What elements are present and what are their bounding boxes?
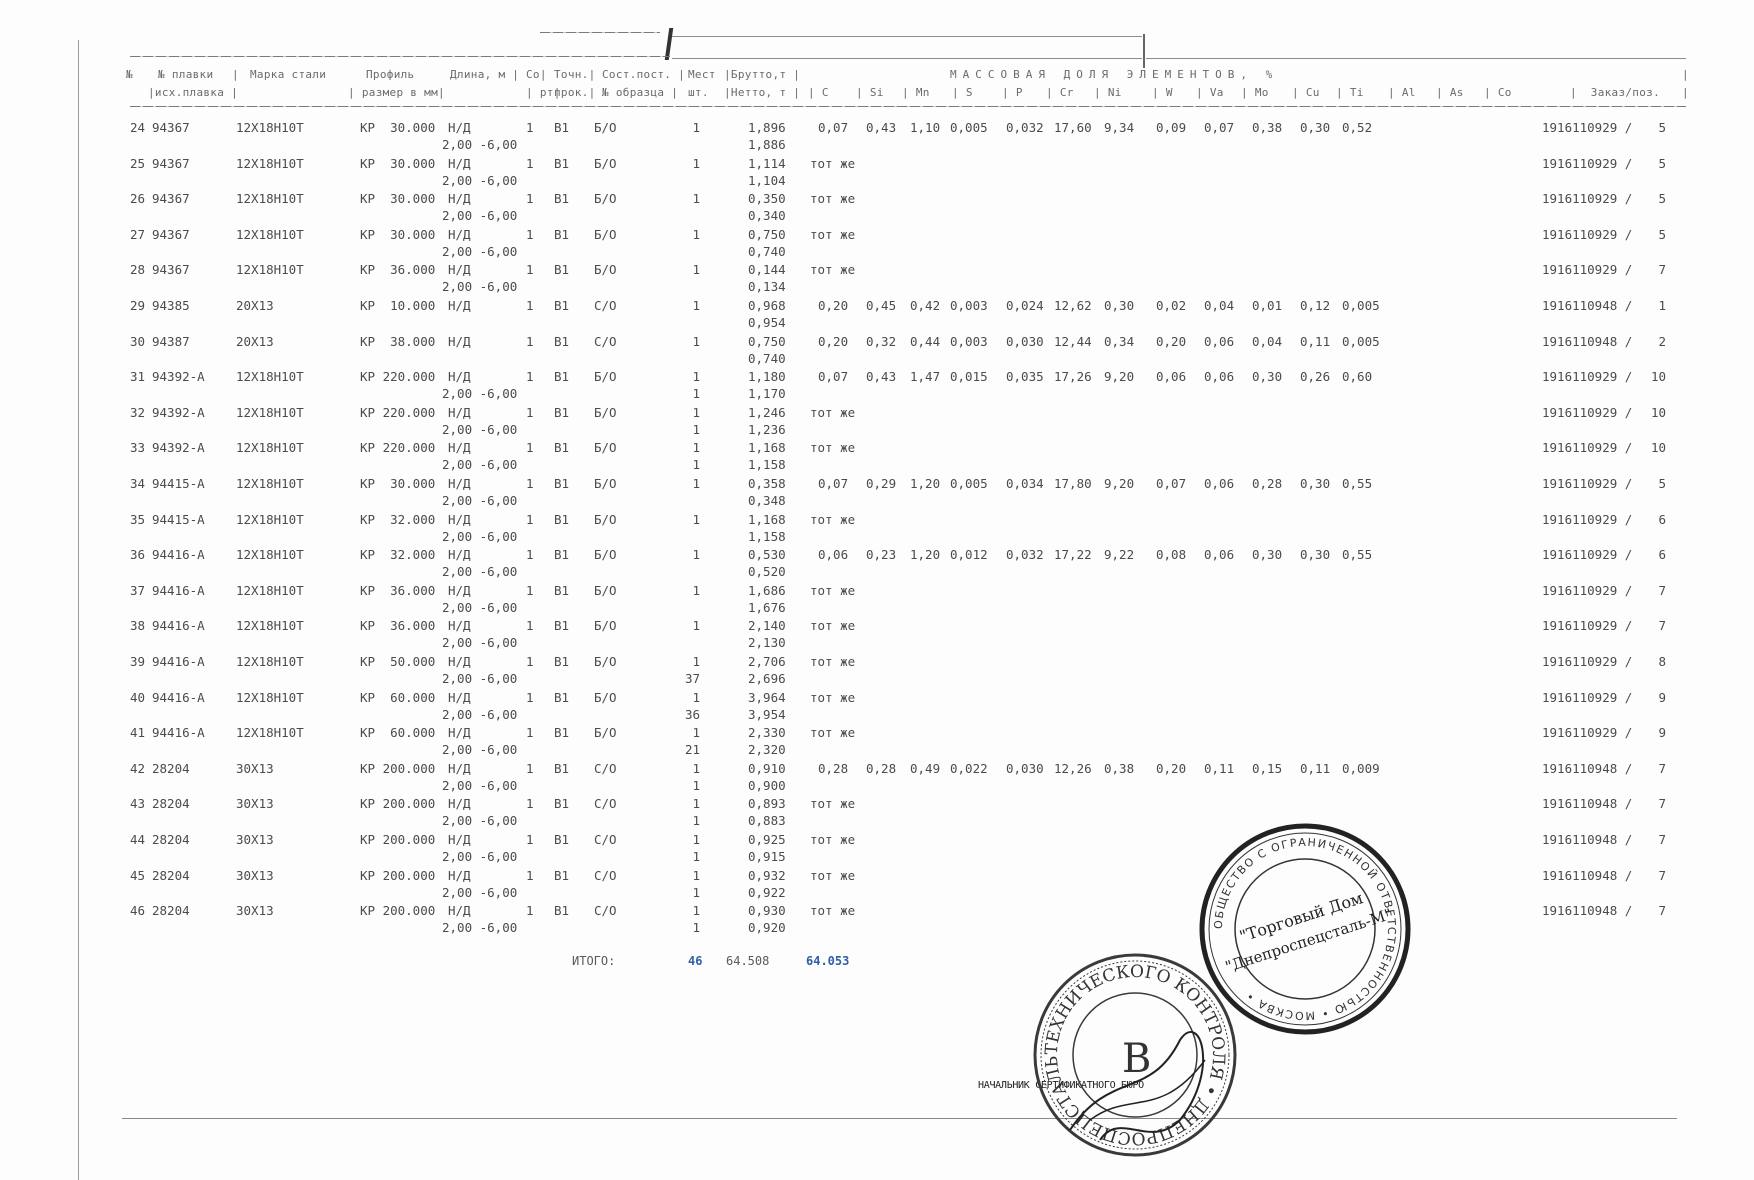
sort: 1 — [526, 690, 534, 705]
profile-size: КР 30.000 — [360, 476, 435, 491]
row-number: 24 — [130, 120, 145, 135]
rolling-precision: В1 — [554, 440, 569, 455]
delivery-state: Б/О — [594, 440, 617, 455]
chem-value: 0,012 — [950, 547, 988, 562]
net-weight: 2,696 — [748, 671, 786, 686]
order-number: 1916110929 / — [1542, 512, 1632, 527]
length-range: 2,00 -6,00 — [442, 386, 517, 401]
chem-value: 0,003 — [950, 298, 988, 313]
chem-value: 1,20 — [910, 547, 940, 562]
gross-weight: 0,910 — [748, 761, 786, 776]
heat-number: 94385 — [152, 298, 190, 313]
chem-value: 0,32 — [866, 334, 896, 349]
header-sample: № образца | — [602, 86, 678, 99]
chem-value: 0,015 — [950, 369, 988, 384]
sort: 1 — [526, 156, 534, 171]
profile-size: КР 60.000 — [360, 725, 435, 740]
row-number: 44 — [130, 832, 145, 847]
chem-value: 0,28 — [818, 761, 848, 776]
places: 1 — [680, 761, 700, 776]
gross-weight: 1,686 — [748, 583, 786, 598]
header-profile: Профиль — [366, 68, 414, 81]
chem-value: 0,30 — [1252, 369, 1282, 384]
row-number: 27 — [130, 227, 145, 242]
gross-weight: 1,168 — [748, 440, 786, 455]
places-2: 37 — [680, 671, 700, 686]
length-range: 2,00 -6,00 — [442, 422, 517, 437]
row-number: 39 — [130, 654, 145, 669]
header-element-ni: | Ni — [1094, 86, 1122, 99]
chem-value: 0,43 — [866, 369, 896, 384]
header-precision-2: прок.| — [554, 86, 596, 99]
rolling-precision: В1 — [554, 369, 569, 384]
net-weight: 0,883 — [748, 813, 786, 828]
chem-value: 0,49 — [910, 761, 940, 776]
sort: 1 — [526, 761, 534, 776]
order-position: 7 — [1640, 583, 1666, 598]
order-number: 1916110948 / — [1542, 298, 1632, 313]
heat-number: 94415-А — [152, 476, 205, 491]
row-number: 34 — [130, 476, 145, 491]
same-as-above: тот же — [810, 512, 855, 527]
delivery-state: Б/О — [594, 725, 617, 740]
order-number: 1916110948 / — [1542, 796, 1632, 811]
chem-value: 0,28 — [866, 761, 896, 776]
places-2: 1 — [680, 778, 700, 793]
order-number: 1916110929 / — [1542, 690, 1632, 705]
sort: 1 — [526, 369, 534, 384]
chem-value: 12,44 — [1054, 334, 1092, 349]
gross-weight: 0,930 — [748, 903, 786, 918]
rolling-precision: В1 — [554, 191, 569, 206]
gross-weight: 2,706 — [748, 654, 786, 669]
chem-value: 0,003 — [950, 334, 988, 349]
gross-weight: 1,168 — [748, 512, 786, 527]
rolling-precision: В1 — [554, 298, 569, 313]
length-range: 2,00 -6,00 — [442, 813, 517, 828]
profile-size: КР 36.000 — [360, 618, 435, 633]
order-position: 7 — [1640, 262, 1666, 277]
chem-value: 0,34 — [1104, 334, 1134, 349]
places: 1 — [680, 547, 700, 562]
gross-weight: 0,925 — [748, 832, 786, 847]
same-as-above: тот же — [810, 832, 855, 847]
heat-number: 94415-А — [152, 512, 205, 527]
chem-value: 0,11 — [1300, 761, 1330, 776]
chem-value: 0,07 — [818, 120, 848, 135]
chem-value: 0,55 — [1342, 547, 1372, 562]
places: 1 — [680, 832, 700, 847]
order-position: 5 — [1640, 476, 1666, 491]
chem-value: 0,30 — [1300, 547, 1330, 562]
chem-value: 0,38 — [1104, 761, 1134, 776]
heat-number: 28204 — [152, 832, 190, 847]
length: Н/Д — [448, 654, 471, 669]
order-number: 1916110929 / — [1542, 369, 1632, 384]
row-number: 28 — [130, 262, 145, 277]
length: Н/Д — [448, 761, 471, 776]
row-number: 26 — [130, 191, 145, 206]
chem-value: 0,07 — [1156, 476, 1186, 491]
gross-weight: 2,330 — [748, 725, 786, 740]
sort: 1 — [526, 725, 534, 740]
rolling-precision: В1 — [554, 547, 569, 562]
order-number: 1916110929 / — [1542, 156, 1632, 171]
order-number: 1916110948 / — [1542, 761, 1632, 776]
steel-grade: 12Х18Н10Т — [236, 440, 304, 455]
chem-value: 0,20 — [1156, 334, 1186, 349]
net-weight: 1,886 — [748, 137, 786, 152]
delivery-state: С/О — [594, 903, 617, 918]
steel-grade: 12Х18Н10Т — [236, 156, 304, 171]
chem-value: 0,30 — [1300, 476, 1330, 491]
net-weight: 0,920 — [748, 920, 786, 935]
delivery-state: С/О — [594, 868, 617, 883]
header-order: | Заказ/поз. — [1570, 86, 1660, 99]
same-as-above: тот же — [810, 618, 855, 633]
footer-rule — [122, 1118, 1677, 1119]
same-as-above: тот же — [810, 440, 855, 455]
delivery-state: Б/О — [594, 262, 617, 277]
places: 1 — [680, 440, 700, 455]
steel-grade: 12Х18Н10Т — [236, 512, 304, 527]
length-range: 2,00 -6,00 — [442, 137, 517, 152]
sort: 1 — [526, 618, 534, 633]
chem-value: 0,30 — [1104, 298, 1134, 313]
order-position: 7 — [1640, 903, 1666, 918]
order-position: 10 — [1640, 440, 1666, 455]
length: Н/Д — [448, 440, 471, 455]
chem-value: 0,06 — [818, 547, 848, 562]
delivery-state: Б/О — [594, 405, 617, 420]
chem-value: 0,30 — [1300, 120, 1330, 135]
length: Н/Д — [448, 512, 471, 527]
sort: 1 — [526, 832, 534, 847]
profile-size: КР 200.000 — [360, 761, 435, 776]
chem-value: 0,01 — [1252, 298, 1282, 313]
row-number: 43 — [130, 796, 145, 811]
sort: 1 — [526, 191, 534, 206]
chem-value: 0,009 — [1342, 761, 1380, 776]
heat-number: 28204 — [152, 868, 190, 883]
chem-value: 0,07 — [818, 369, 848, 384]
header-rule — [672, 36, 1142, 37]
steel-grade: 12Х18Н10Т — [236, 583, 304, 598]
gross-weight: 0,750 — [748, 334, 786, 349]
places: 1 — [680, 868, 700, 883]
order-number: 1916110929 / — [1542, 227, 1632, 242]
order-position: 7 — [1640, 868, 1666, 883]
order-number: 1916110929 / — [1542, 191, 1632, 206]
chem-value: 0,60 — [1342, 369, 1372, 384]
header-net: |Нетто, т | — [724, 86, 800, 99]
chem-value: 0,034 — [1006, 476, 1044, 491]
chem-value: 9,20 — [1104, 369, 1134, 384]
gross-weight: 2,140 — [748, 618, 786, 633]
chem-value: 12,62 — [1054, 298, 1092, 313]
chem-value: 0,07 — [818, 476, 848, 491]
order-position: 7 — [1640, 832, 1666, 847]
order-number: 1916110929 / — [1542, 725, 1632, 740]
steel-grade: 12Х18Н10Т — [236, 618, 304, 633]
chem-value: 0,005 — [950, 476, 988, 491]
chem-value: 0,45 — [866, 298, 896, 313]
places-2: 1 — [680, 422, 700, 437]
same-as-above: тот же — [810, 227, 855, 242]
length-range: 2,00 -6,00 — [442, 173, 517, 188]
length: Н/Д — [448, 298, 471, 313]
chem-value: 0,20 — [818, 298, 848, 313]
rolling-precision: В1 — [554, 476, 569, 491]
places: 1 — [680, 405, 700, 420]
gross-weight: 1,114 — [748, 156, 786, 171]
length-range: 2,00 -6,00 — [442, 208, 517, 223]
length: Н/Д — [448, 690, 471, 705]
places-2: 1 — [680, 885, 700, 900]
totals-places: 46 — [688, 954, 702, 968]
header-element-w: | W — [1152, 86, 1173, 99]
chem-value: 0,20 — [1156, 761, 1186, 776]
heat-number: 94392-А — [152, 405, 205, 420]
sort: 1 — [526, 334, 534, 349]
sort: 1 — [526, 903, 534, 918]
steel-grade: 12Х18Н10Т — [236, 405, 304, 420]
steel-grade: 30Х13 — [236, 761, 274, 776]
heat-number: 94416-А — [152, 547, 205, 562]
order-position: 7 — [1640, 618, 1666, 633]
chem-value: 0,06 — [1204, 369, 1234, 384]
gross-weight: 0,932 — [748, 868, 786, 883]
chem-value: 1,10 — [910, 120, 940, 135]
profile-size: КР 36.000 — [360, 583, 435, 598]
steel-grade: 12Х18Н10Т — [236, 690, 304, 705]
places: 1 — [680, 120, 700, 135]
order-number: 1916110929 / — [1542, 405, 1632, 420]
chem-value: 0,29 — [866, 476, 896, 491]
svg-text:В: В — [1122, 1036, 1151, 1082]
rolling-precision: В1 — [554, 725, 569, 740]
net-weight: 3,954 — [748, 707, 786, 722]
length-range: 2,00 -6,00 — [442, 707, 517, 722]
steel-grade: 30Х13 — [236, 868, 274, 883]
length: Н/Д — [448, 156, 471, 171]
rolling-precision: В1 — [554, 654, 569, 669]
length: Н/Д — [448, 903, 471, 918]
heat-number: 94367 — [152, 227, 190, 242]
chem-value: 0,08 — [1156, 547, 1186, 562]
rolling-precision: В1 — [554, 690, 569, 705]
length: Н/Д — [448, 369, 471, 384]
profile-size: КР 200.000 — [360, 903, 435, 918]
profile-size: КР 200.000 — [360, 868, 435, 883]
rolling-precision: В1 — [554, 405, 569, 420]
places: 1 — [680, 903, 700, 918]
length-range: 2,00 -6,00 — [442, 279, 517, 294]
chem-value: 17,80 — [1054, 476, 1092, 491]
order-number: 1916110929 / — [1542, 262, 1632, 277]
length: Н/Д — [448, 120, 471, 135]
delivery-state: Б/О — [594, 156, 617, 171]
profile-size: КР 60.000 — [360, 690, 435, 705]
length-range: 2,00 -6,00 — [442, 920, 517, 935]
totals-label: ИТОГО: — [572, 954, 615, 968]
header-precision: Точн.| — [554, 68, 596, 81]
profile-size: КР 32.000 — [360, 512, 435, 527]
places: 1 — [680, 796, 700, 811]
places: 1 — [680, 369, 700, 384]
header-element-as: | As — [1436, 86, 1464, 99]
same-as-above: тот же — [810, 796, 855, 811]
order-number: 1916110929 / — [1542, 618, 1632, 633]
chem-value: 0,02 — [1156, 298, 1186, 313]
profile-size: КР 32.000 — [360, 547, 435, 562]
places-2: 1 — [680, 849, 700, 864]
places: 1 — [680, 298, 700, 313]
rolling-precision: В1 — [554, 761, 569, 776]
order-number: 1916110929 / — [1542, 440, 1632, 455]
rolling-precision: В1 — [554, 512, 569, 527]
row-number: 45 — [130, 868, 145, 883]
heat-number: 94392-А — [152, 440, 205, 455]
net-weight: 0,340 — [748, 208, 786, 223]
net-weight: 0,134 — [748, 279, 786, 294]
length-range: 2,00 -6,00 — [442, 742, 517, 757]
heat-number: 94367 — [152, 156, 190, 171]
chem-value: 0,04 — [1204, 298, 1234, 313]
steel-grade: 12Х18Н10Т — [236, 191, 304, 206]
same-as-above: тот же — [810, 156, 855, 171]
heat-number: 94416-А — [152, 725, 205, 740]
same-as-above: тот же — [810, 654, 855, 669]
chem-value: 0,030 — [1006, 761, 1044, 776]
gross-weight: 0,358 — [748, 476, 786, 491]
order-position: 6 — [1640, 547, 1666, 562]
steel-grade: 12Х18Н10Т — [236, 369, 304, 384]
row-number: 41 — [130, 725, 145, 740]
length-range: 2,00 -6,00 — [442, 529, 517, 544]
places: 1 — [680, 725, 700, 740]
header-places: Мест — [688, 68, 716, 81]
places: 1 — [680, 618, 700, 633]
header-element-mn: | Mn — [902, 86, 930, 99]
rolling-precision: В1 — [554, 156, 569, 171]
sort: 1 — [526, 868, 534, 883]
header-element-p: | P — [1002, 86, 1023, 99]
sort: 1 — [526, 120, 534, 135]
steel-grade: 12Х18Н10Т — [236, 120, 304, 135]
profile-size: КР 200.000 — [360, 832, 435, 847]
chem-value: 0,035 — [1006, 369, 1044, 384]
length: Н/Д — [448, 618, 471, 633]
heat-number: 94416-А — [152, 654, 205, 669]
header-mass-fraction: МАССОВАЯ ДОЛЯ ЭЛЕМЕНТОВ, % — [950, 68, 1278, 81]
gross-weight: 0,530 — [748, 547, 786, 562]
order-position: 9 — [1640, 725, 1666, 740]
order-number: 1916110929 / — [1542, 120, 1632, 135]
gross-weight: 1,896 — [748, 120, 786, 135]
gross-weight: 0,893 — [748, 796, 786, 811]
chem-value: 0,43 — [866, 120, 896, 135]
places-2: 1 — [680, 813, 700, 828]
gross-weight: 0,350 — [748, 191, 786, 206]
sort: 1 — [526, 440, 534, 455]
net-weight: 0,740 — [748, 244, 786, 259]
header-grade: Марка стали — [250, 68, 326, 81]
steel-grade: 20Х13 — [236, 334, 274, 349]
net-weight: 2,320 — [748, 742, 786, 757]
header-rule — [672, 58, 1142, 59]
heat-number: 94392-А — [152, 369, 205, 384]
heat-number: 94367 — [152, 262, 190, 277]
chem-value: 0,15 — [1252, 761, 1282, 776]
length: Н/Д — [448, 227, 471, 242]
profile-size: КР 36.000 — [360, 262, 435, 277]
header-state: Сост.пост. | — [602, 68, 685, 81]
order-position: 10 — [1640, 405, 1666, 420]
header-sep: | — [1682, 86, 1689, 99]
trading-house-stamp: ОБЩЕСТВО С ОГРАНИЧЕННОЙ ОТВЕТСТВЕННОСТЬЮ… — [1198, 822, 1413, 1037]
header-sort: Со| — [526, 68, 547, 81]
heat-number: 28204 — [152, 761, 190, 776]
chem-value: 17,60 — [1054, 120, 1092, 135]
delivery-state: Б/О — [594, 191, 617, 206]
heat-number: 28204 — [152, 903, 190, 918]
header-rule — [1146, 58, 1686, 59]
same-as-above: тот же — [810, 262, 855, 277]
length: Н/Д — [448, 796, 471, 811]
steel-grade: 12Х18Н10Т — [236, 476, 304, 491]
chem-value: 0,52 — [1342, 120, 1372, 135]
chem-value: 0,20 — [818, 334, 848, 349]
delivery-state: Б/О — [594, 476, 617, 491]
order-number: 1916110929 / — [1542, 547, 1632, 562]
length: Н/Д — [448, 832, 471, 847]
rolling-precision: В1 — [554, 334, 569, 349]
row-number: 30 — [130, 334, 145, 349]
delivery-state: Б/О — [594, 120, 617, 135]
order-position: 8 — [1640, 654, 1666, 669]
same-as-above: тот же — [810, 583, 855, 598]
net-weight: 0,740 — [748, 351, 786, 366]
length: Н/Д — [448, 547, 471, 562]
places: 1 — [680, 583, 700, 598]
delivery-state: Б/О — [594, 618, 617, 633]
places: 1 — [680, 156, 700, 171]
rolling-precision: В1 — [554, 120, 569, 135]
profile-size: КР 30.000 — [360, 120, 435, 135]
order-position: 7 — [1640, 761, 1666, 776]
profile-size: КР 220.000 — [360, 369, 435, 384]
rolling-precision: В1 — [554, 583, 569, 598]
row-number: 46 — [130, 903, 145, 918]
chem-value: 0,11 — [1300, 334, 1330, 349]
gross-weight: 0,968 — [748, 298, 786, 313]
net-weight: 0,922 — [748, 885, 786, 900]
net-weight: 1,104 — [748, 173, 786, 188]
header-element-mo: | Mo — [1241, 86, 1269, 99]
chem-value: 0,030 — [1006, 334, 1044, 349]
net-weight: 0,520 — [748, 564, 786, 579]
order-position: 1 — [1640, 298, 1666, 313]
header-heat: № плавки — [158, 68, 213, 81]
chem-value: 0,11 — [1204, 761, 1234, 776]
profile-size: КР 30.000 — [360, 156, 435, 171]
length: Н/Д — [448, 583, 471, 598]
order-number: 1916110948 / — [1542, 832, 1632, 847]
order-number: 1916110948 / — [1542, 334, 1632, 349]
heat-number: 94387 — [152, 334, 190, 349]
chem-value: 0,024 — [1006, 298, 1044, 313]
